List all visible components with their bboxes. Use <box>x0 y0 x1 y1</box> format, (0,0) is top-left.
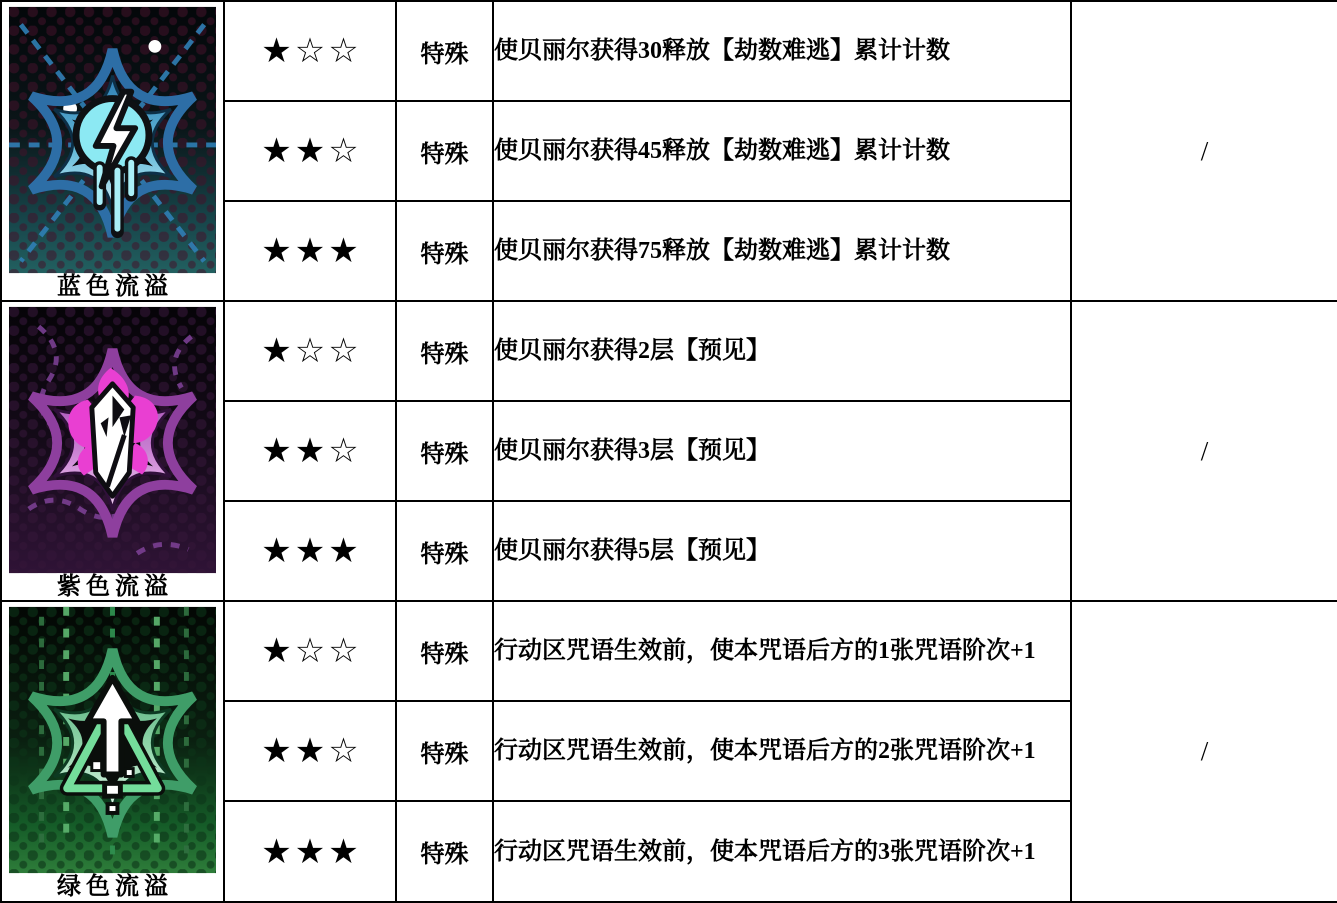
blue-overflow-icon <box>9 6 216 274</box>
item-cell-purple: 紫色流溢 <box>1 301 224 601</box>
item-name: 蓝色流溢 <box>52 274 173 300</box>
extra-cell: / <box>1071 601 1337 902</box>
table-row: 绿色流溢 ★☆☆ 特殊 行动区咒语生效前，使本咒语后方的1张咒语阶次+1 / <box>1 601 1337 701</box>
card-type: 特殊 <box>396 1 493 101</box>
star-rating: ★★★ <box>224 801 396 902</box>
card-type: 特殊 <box>396 501 493 601</box>
purple-overflow-icon <box>9 306 216 574</box>
table-row: 紫色流溢 ★☆☆ 特殊 使贝丽尔获得2层【预见】 / <box>1 301 1337 401</box>
item-name: 绿色流溢 <box>52 874 173 900</box>
extra-cell: / <box>1071 1 1337 301</box>
effect-description: 使贝丽尔获得30释放【劫数难逃】累计计数 <box>493 1 1071 101</box>
effect-description: 使贝丽尔获得2层【预见】 <box>493 301 1071 401</box>
star-rating: ★☆☆ <box>224 301 396 401</box>
effect-description: 行动区咒语生效前，使本咒语后方的3张咒语阶次+1 <box>493 801 1071 902</box>
table-row: 蓝色流溢 ★☆☆ 特殊 使贝丽尔获得30释放【劫数难逃】累计计数 / <box>1 1 1337 101</box>
effect-description: 行动区咒语生效前，使本咒语后方的1张咒语阶次+1 <box>493 601 1071 701</box>
star-rating: ★★☆ <box>224 401 396 501</box>
card-type: 特殊 <box>396 701 493 801</box>
effect-description: 使贝丽尔获得75释放【劫数难逃】累计计数 <box>493 201 1071 301</box>
item-cell-green: 绿色流溢 <box>1 601 224 902</box>
star-rating: ★★★ <box>224 501 396 601</box>
effect-description: 行动区咒语生效前，使本咒语后方的2张咒语阶次+1 <box>493 701 1071 801</box>
extra-cell: / <box>1071 301 1337 601</box>
star-rating: ★★☆ <box>224 701 396 801</box>
card-type: 特殊 <box>396 801 493 902</box>
effect-description: 使贝丽尔获得3层【预见】 <box>493 401 1071 501</box>
star-rating: ★★★ <box>224 201 396 301</box>
card-type: 特殊 <box>396 601 493 701</box>
effect-description: 使贝丽尔获得5层【预见】 <box>493 501 1071 601</box>
card-type: 特殊 <box>396 401 493 501</box>
effect-description: 使贝丽尔获得45释放【劫数难逃】累计计数 <box>493 101 1071 201</box>
green-overflow-icon <box>9 606 216 874</box>
star-rating: ★★☆ <box>224 101 396 201</box>
card-type: 特殊 <box>396 101 493 201</box>
card-type: 特殊 <box>396 301 493 401</box>
item-cell-blue: 蓝色流溢 <box>1 1 224 301</box>
card-type: 特殊 <box>396 201 493 301</box>
star-rating: ★☆☆ <box>224 601 396 701</box>
spell-tier-table: 蓝色流溢 ★☆☆ 特殊 使贝丽尔获得30释放【劫数难逃】累计计数 / ★★☆ 特… <box>0 0 1337 903</box>
item-name: 紫色流溢 <box>52 574 173 600</box>
star-rating: ★☆☆ <box>224 1 396 101</box>
